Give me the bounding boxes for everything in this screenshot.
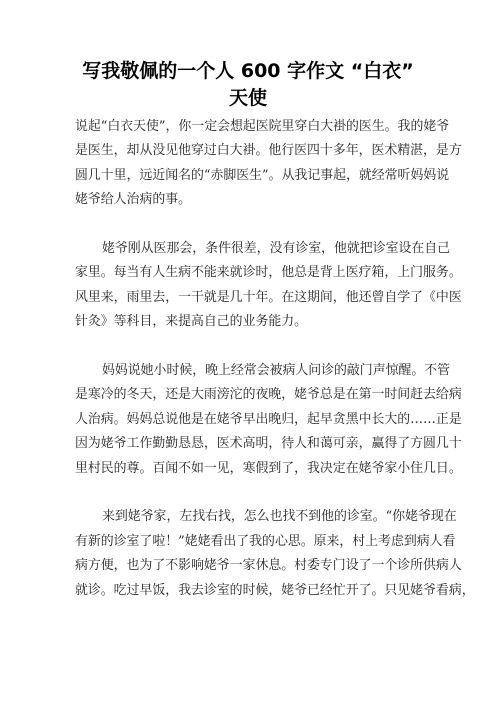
- text-line: 风里来，雨里去，一干就是几十年。在这期间，他还曾自学了《中医: [75, 286, 423, 310]
- text-line: 来到姥爷家，左找右找，怎么也找不到他的诊室。“你姥爷现在: [75, 505, 423, 529]
- paragraph-4: 来到姥爷家，左找右找，怎么也找不到他的诊室。“你姥爷现在 有新的诊室了啦！”姥姥…: [75, 505, 423, 603]
- text-line: 就诊。吃过早饭，我去诊室的时候，姥爷已经忙开了。只见姥爷看病，: [75, 579, 423, 603]
- title-line-1: 写我敬佩的一个人 600 字作文 “白衣”: [60, 58, 436, 85]
- text-line: 有新的诊室了啦！”姥姥看出了我的心思。原来，村上考虑到病人看: [75, 530, 423, 554]
- text-line: 妈妈说她小时候，晚上经常会被病人问诊的敲门声惊醒。不管: [75, 359, 423, 383]
- paragraph-3: 妈妈说她小时候，晚上经常会被病人问诊的敲门声惊醒。不管 是寒冷的冬天，还是大雨滂…: [75, 359, 423, 481]
- text-line: 病方便，也为了不影响姥爷一家休息。村委专门设了一个诊所供病人: [75, 554, 423, 578]
- text-line: 因为姥爷工作勤勤恳恳，医术高明，待人和蔼可亲，赢得了方圆几十: [75, 432, 423, 456]
- paragraph-1: 说起“白衣天使”，你一定会想起医院里穿白大褂的医生。我的姥爷 是医生，却从没见他…: [75, 115, 423, 213]
- text-line: 里村民的尊。百闻不如一见，寒假到了，我决定在姥爷家小住几日。: [75, 457, 423, 481]
- title-line-2: 天使: [60, 85, 436, 112]
- paragraph-2: 姥爷刚从医那会，条件很差，没有诊室，他就把诊室设在自己 家里。每当有人生病不能来…: [75, 237, 423, 335]
- text-line: 圆几十里，远近闻名的“赤脚医生”。从我记事起，就经常听妈妈说: [75, 164, 423, 188]
- document-page: 写我敬佩的一个人 600 字作文 “白衣” 天使 说起“白衣天使”，你一定会想起…: [0, 0, 496, 702]
- essay-body: 说起“白衣天使”，你一定会想起医院里穿白大褂的医生。我的姥爷 是医生，却从没见他…: [75, 115, 423, 627]
- text-line: 姥爷刚从医那会，条件很差，没有诊室，他就把诊室设在自己: [75, 237, 423, 261]
- text-line: 说起“白衣天使”，你一定会想起医院里穿白大褂的医生。我的姥爷: [75, 115, 423, 139]
- essay-title: 写我敬佩的一个人 600 字作文 “白衣” 天使: [60, 58, 436, 112]
- text-line: 针灸》等科目，来提高自己的业务能力。: [75, 310, 423, 334]
- text-line: 家里。每当有人生病不能来就诊时，他总是背上医疗箱，上门服务。: [75, 261, 423, 285]
- text-line: 是医生，却从没见他穿过白大褂。他行医四十多年，医术精湛，是方: [75, 139, 423, 163]
- text-line: 姥爷给人治病的事。: [75, 188, 423, 212]
- text-line: 人治病。妈妈总说他是在姥爷早出晚归，起早贪黑中长大的……正是: [75, 408, 423, 432]
- text-line: 是寒冷的冬天，还是大雨滂沱的夜晚，姥爷总是在第一时间赶去给病: [75, 383, 423, 407]
